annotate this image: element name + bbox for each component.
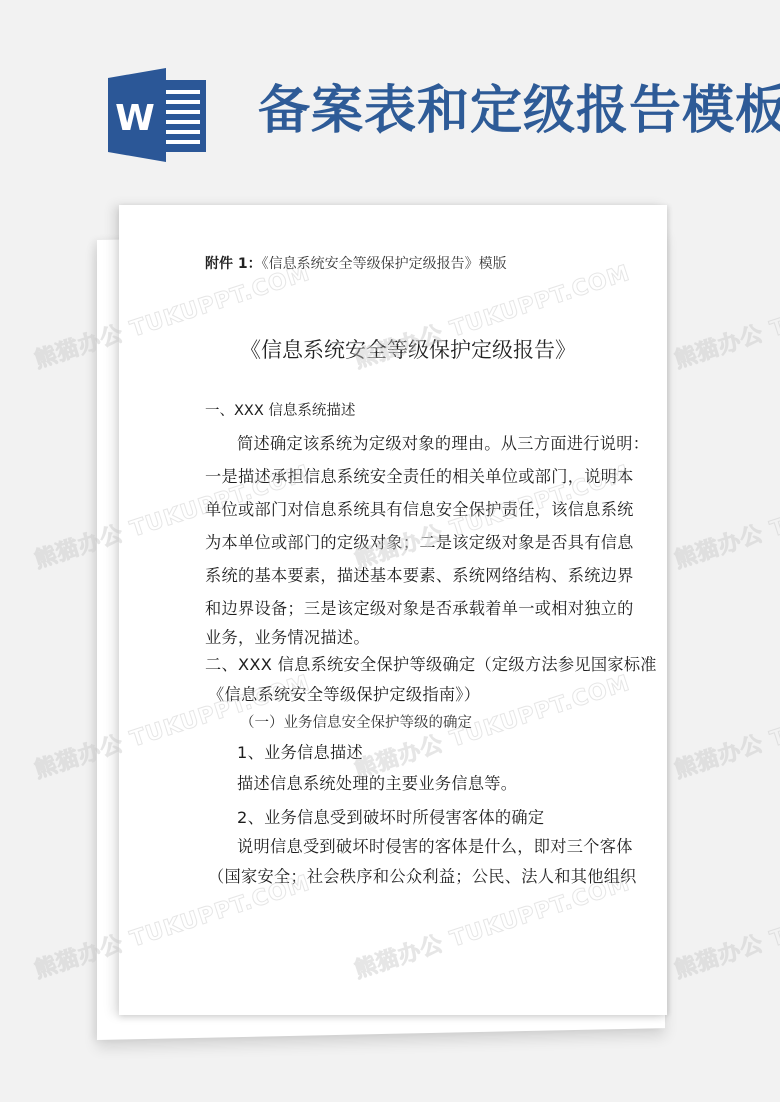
- document-title: 《信息系统安全等级保护定级报告》: [240, 336, 576, 364]
- watermark: 熊猫办公 TUKUPPT.COM: [670, 256, 780, 375]
- section-heading-2-cont: 《信息系统安全等级保护定级指南》）: [208, 684, 480, 706]
- paragraph-line: 为本单位或部门的定级对象；二是该定级对象是否具有信息: [205, 532, 634, 554]
- watermark: 熊猫办公 TUKUPPT.COM: [670, 866, 780, 985]
- header-banner: W 备案表和定级报告模板: [0, 0, 780, 180]
- annex-label: 附件 1：: [205, 256, 262, 272]
- watermark: 熊猫办公 TUKUPPT.COM: [670, 666, 780, 785]
- paragraph-line: 一是描述承担信息系统安全责任的相关单位或部门，说明本: [205, 466, 634, 488]
- paragraph-line: 单位或部门对信息系统具有信息安全保护责任，该信息系统: [205, 499, 634, 521]
- banner-title: 备案表和定级报告模板: [258, 76, 780, 146]
- paragraph-line: 描述信息系统处理的主要业务信息等。: [237, 773, 517, 795]
- paragraph-line: 系统的基本要素，描述基本要素、系统网络结构、系统边界: [205, 565, 634, 587]
- watermark: 熊猫办公 TUKUPPT.COM: [670, 456, 780, 575]
- paragraph-line: 业务，业务情况描述。: [205, 627, 370, 649]
- annex-line: 附件 1：《信息系统安全等级保护定级报告》模版: [205, 253, 507, 275]
- svg-text:W: W: [115, 98, 155, 139]
- annex-text: 《信息系统安全等级保护定级报告》模版: [262, 256, 507, 272]
- paragraph-line: （国家安全；社会秩序和公众利益；公民、法人和其他组织: [208, 866, 637, 888]
- paragraph-line: 和边界设备；三是该定级对象是否承载着单一或相对独立的: [205, 598, 634, 620]
- section-heading-1: 一、XXX 信息系统描述: [205, 400, 355, 422]
- section-heading-2: 二、XXX 信息系统安全保护等级确定（定级方法参见国家标准: [205, 654, 657, 676]
- subsection-heading: （一）业务信息安全保护等级的确定: [240, 712, 472, 734]
- paragraph-line: 简述确定该系统为定级对象的理由。从三方面进行说明：: [237, 433, 649, 455]
- word-icon: W: [108, 68, 208, 162]
- item-heading-2: 2、业务信息受到破坏时所侵害客体的确定: [237, 807, 544, 829]
- item-heading-1: 1、业务信息描述: [237, 742, 363, 764]
- paragraph-line: 说明信息受到破坏时侵害的客体是什么，即对三个客体: [237, 836, 633, 858]
